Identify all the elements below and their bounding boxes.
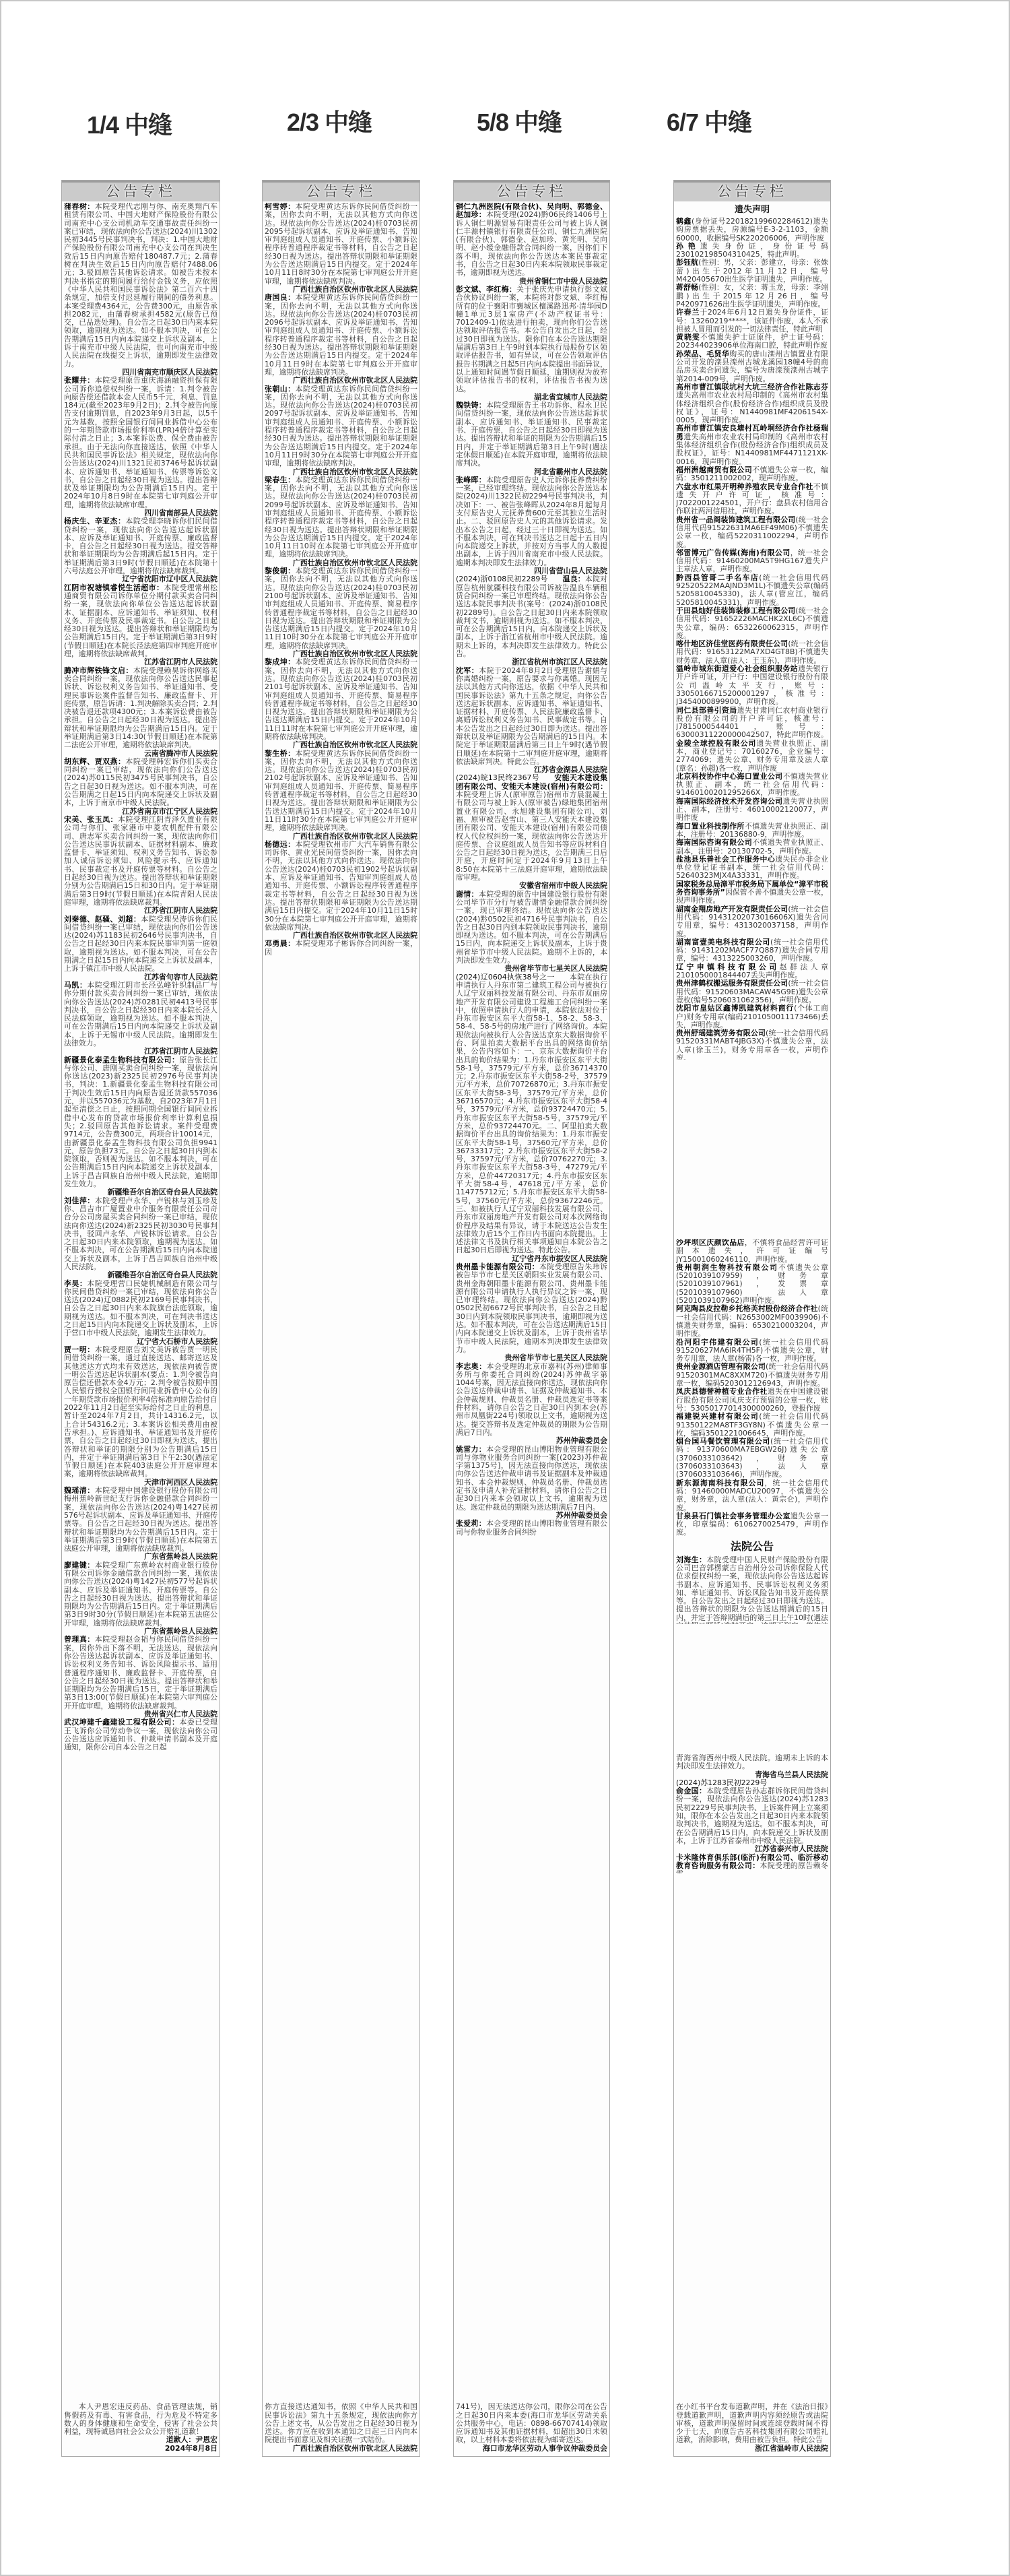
notice-text: 彭钰航(性别：男，父亲：彭建立，母亲：张姝蕾)出生于2012年11月12日，编号… [676, 259, 828, 284]
notice-text: 卡米隆体育俱乐部(临沂)有限公司、临沂移动教育咨询服务有限公司：本院受理的原告赖… [676, 1854, 828, 1873]
notice-body: 本院受理黄达东诉你民间借贷纠纷一案，因你去向不明，无法以其他方式向你送达。现依法… [265, 567, 417, 650]
lost-notice-item: 邻雷博元广告传媒(海南)有限公司，统一社会信用代码：91460200MA5T9H… [676, 549, 828, 574]
court-notice: 杨庆生、辛亚杰：本院受理李晓诉你们民间借贷纠纷一案，现依法向你公告送达起诉状副本… [64, 517, 217, 583]
notice-addressee: 江阴市祝塘镇睿悦生活超市： [64, 583, 164, 592]
notice-addressee: 张朝山： [265, 385, 296, 393]
court-notice: 青海省海西州中级人民法院。逾期未上诉的本判决即发生法律效力。青海省乌兰县人民法院 [676, 1754, 828, 1779]
notice-panel-5-8: 公告专栏 铜仁九洲医院(有限合伙)、吴向明、郭德金、赵加珍：本院受理(2024)… [453, 180, 610, 2457]
notice-text: 廖建键：本院受理广东蕉岭农村商业银行股份有限公司诉你金融借款合同纠纷一案，现依法… [64, 1561, 217, 1628]
court-notice: 柯雪婷：本院受理黄达东诉你民间借贷纠纷一案，因你去向不明，无法以其他方式向你送达… [265, 203, 417, 294]
notice-text: 曾理真：本院受理赵金韬与你民间借贷纠纷一案，因你外出下落不明，无法送达，现依法向… [64, 1636, 217, 1710]
court-notice: 黎俊朝：本院受理黄达东诉你民间借贷纠纷一案，因你去向不明，无法以其他方式向你送达… [265, 567, 417, 658]
lost-notice-item: 阿克陶县皮拉勒乡托格芙村股份经济合作社(统一社会信用代码：N2653002MF0… [676, 1305, 828, 1338]
lost-notice-item: 沙坪坝区庆颜饮品店，不慎将食品经营许可证副本遗失，许可证编号JY15001060… [676, 1239, 828, 1264]
notice-addressee: 盐池县乐善社会工作服务中心 [676, 855, 775, 864]
notice-addressee: 杨庆生、辛亚杰： [64, 517, 125, 525]
notice-body: 本院受理黄达东诉你民间借贷纠纷一案，因你去向不明，无法以其他方式向你送达。现依法… [265, 203, 417, 286]
court-notice: 姚雷力：本会受理的昆山博阳物业管理有限公司与你物业服务合同纠纷一案[(2023)… [456, 1446, 607, 1520]
notice-text: 江阴市祝塘镇睿悦生活超市：本院受理常州松通商贸有限公司诉你单位分期付款买卖合同纠… [64, 584, 217, 659]
notice-text: 福建锐兴建材有限公司(统一社会信用代码91350122MA8TF3GY8N)不慎… [676, 1413, 828, 1438]
notice-body: 本院受理上诉人(原审原告)宿州市方晨混凝土有限公司与被上诉人(原审被告)绿地集团… [456, 790, 607, 882]
notice-addressee: 孙艳 [676, 242, 700, 251]
court-notice: 邓勇晨：本院受理邓子彬诉你合同纠纷一案，因 [265, 940, 417, 957]
lost-notice-list: 遗失声明鹤鑫(身份证号220182199602284612)遗失购房票据丢失，房… [676, 203, 828, 1060]
panel-header: 公告专栏 [454, 181, 609, 201]
lost-notice-item: 高州市曹江镇安良塘村瓦岭垌经济合作社杨瑞勇遗失高州市农业农村局印制的《高州市农村… [676, 424, 828, 465]
notice-text: 李昊：本院受理营口民婕机械制造有限公司与你民间借贷纠纷一案已审结，现依法向你公告… [64, 1280, 217, 1338]
notice-addressee: 福建锐兴建材有限公司 [676, 1412, 759, 1421]
notice-panel-6-7: 公告专栏 遗失声明鹤鑫(身份证号220182199602284612)遗失购房票… [673, 180, 831, 2457]
notice-text: 福州洲越商贸有限公司不慎遗失公章一枚，编码：3501211002002，现声明作… [676, 466, 828, 483]
lost-notice-item: 海口置业科技制作所不慎遗失营业执照正、副本，注册号：20136880-9，声明作… [676, 823, 828, 839]
notice-text: 在小红书平台发布道歉声明，并在《法治日报》登载道歉声明，道歉声明内容须经原告或法… [676, 2403, 828, 2444]
notice-addressee: 辽宁申镇科技有限公司 [676, 963, 780, 971]
notice-addressee: 湖南富壹美电科技有限公司 [676, 938, 770, 946]
notice-list-end: 你方直接送达通知书，依照《中华人民共和国民事诉讼法》第九十五条规定，现依法向你方… [265, 2392, 417, 2453]
notice-body: 本院对原告杭州航疆科技有限公司诉被告温良车辆租赁合同纠纷一案已审理终结。现依法向… [456, 575, 607, 658]
court-notice: 魏铁铸：本院受理原告王书功诉你、程永卫民间借贷纠纷一案，现依法向你公告送达起诉状… [456, 401, 607, 476]
notice-text: 贵州金源酒店管理有限公司(统一社会信用代码91520301MAC8XXM720)… [676, 1363, 828, 1388]
notice-text: 蒲春树：本院受理代志刚与你、南充奥翔汽车租赁有限公司、中国大地财产保险股份有限公… [64, 203, 217, 368]
lost-notice-item: 盐池县乐善社会工作服务中心遗失民办非企业单位登记证书副本，统一社会信用代码：52… [676, 856, 828, 880]
lost-notice-item: 北京科技协作中心海口置业公司不慎遗失营业执照正、副本，统一社会信用代码：9146… [676, 773, 828, 798]
section-heading: 遗失声明 [676, 203, 828, 217]
court-notice: 你方直接送达通知书，依照《中华人民共和国民事诉讼法》第九十五条规定，现依法向你方… [265, 2403, 417, 2453]
notice-text: 李志奥：本会受理的北京市嘉科(苏州)律师事务所与你委托合同纠纷(2024)苏仲裁… [456, 1363, 607, 1438]
panel-header: 公告专栏 [62, 181, 220, 201]
lost-notice-item: 甘泉县石门镇社会事务管理办公室遗失公章一枚，印章编码：6106270025479… [676, 1512, 828, 1537]
notice-text: 青海省海西州中级人民法院。逾期未上诉的本判决即发生法律效力。 [676, 1754, 828, 1771]
court-notice: 铜仁九洲医院(有限合伙)、吴向明、郭德金、赵加珍：本院受理(2024)黔06民终… [456, 203, 607, 286]
court-notice: 黎成坤：本院受理黄达东诉你民间借贷纠纷一案，因你去向不明，无法以其他方式向你送达… [265, 658, 417, 749]
notice-panel-1-4: 公告专栏 蒲春树：本院受理代志刚与你、南充奥翔汽车租赁有限公司、中国大地财产保险… [61, 180, 220, 2457]
notice-addressee: 金陵全球控股有限公司 [676, 739, 757, 748]
notice-text: 张朝山：本院受理黄达东诉你民间借贷纠纷一案，因你去向不明，无法以其他方式向你送达… [265, 385, 417, 468]
notice-addressee: 张爱莉： [456, 1519, 486, 1528]
case-number: (2024)浙0108民初2289号 [456, 575, 548, 583]
notice-addressee: 六盘水市红果开明种养殖农民专业合作社 [676, 482, 813, 491]
notice-addressee: 谢情： [456, 890, 479, 899]
court-notice: 江阴市祝塘镇睿悦生活超市：本院受理常州松通商贸有限公司诉你单位分期付款买卖合同纠… [64, 584, 217, 667]
court-notice: 曾理真：本院受理赵金韬与你民间借贷纠纷一案，因你外出下落不明，无法送达，现依法向… [64, 1636, 217, 1718]
notice-text: 海口置业科技制作所不慎遗失营业执照正、副本，注册号：20136880-9，声明作… [676, 823, 828, 839]
notice-addressee: 阿克陶县皮拉勒乡托格芙村股份经济合作社 [676, 1304, 818, 1313]
case-number: (2024)皖13民终2367号 [456, 773, 539, 782]
notice-addressee: 新疆景化泰孟生物科技有限公司： [64, 1056, 179, 1064]
court-notice: 彭文斌、李红梅：关于张庆先申请执行彭文斌合伙协议纠纷一案，本院将对彭文斌、李红梅… [456, 286, 607, 401]
notice-addressee: 孙荣品、毛贤华 [676, 350, 729, 358]
notice-addressee: 杨德远： [265, 840, 296, 849]
notice-addressee: 高州市曹江镇联坑村大坑三经济合作社陈志芬 [676, 383, 828, 391]
notice-addressee: 黎成坤： [265, 657, 296, 666]
court-notice: 蒲春树：本院受理代志刚与你、南充奥翔汽车租赁有限公司、中国大地财产保险股份有限公… [64, 203, 217, 377]
notice-body: 本院受理常州松通商贸有限公司诉你单位分期付款买卖合同纠纷一案，现依法向你单位公告… [64, 583, 217, 658]
lost-notice-item: 福州洲越商贸有限公司不慎遗失公章一枚，编码：3501211002002，现声明作… [676, 466, 828, 483]
notice-body: 遗失高州市农业农村局印制的《高州市农村集体经济组织合作(股份经济合作)组织成员及… [676, 432, 828, 466]
notice-text: 许春兰于2024年6月12日遗失身份证件，证号：13260219*****，该证… [676, 309, 828, 333]
notice-text: 烟台国马餐饮管理有限公司(统一社会信用代码：91370600MA7EBGW26J… [676, 1438, 828, 1479]
court-notice: 腾冲市辉铁锋文启：本院受理赖昊诉你网络买卖合同纠纷一案，现依法向你公告送达民事起… [64, 667, 217, 758]
court-notice: 在小红书平台发布道歉声明，并在《法治日报》登载道歉声明，道歉声明内容须经原告或法… [676, 2403, 828, 2453]
notice-body: 本院受理黄达东诉你民间借贷纠纷一案，因你去向不明，无法以其他方式向你送达。现依法… [265, 749, 417, 833]
notice-text: 贾一明：本院受理原告刘文美诉被告贾一明民间借贷纠纷一案，通过直接送达、邮寄送达及… [64, 1346, 217, 1479]
notice-text: 宋美、张玉凤：本院受理江阴青泽久置业有限公司与你们、张家港市中菱农机配件有限公司… [64, 816, 217, 907]
notice-text: 黎生桥：本院受理黄达东诉你民间借贷纠纷一案，因你去向不明，无法以其他方式向你送达… [265, 750, 417, 833]
notice-text: 金陵全球控股有限公司遗失营业执照正、副本，商业登记号：70160276，企业编号… [676, 740, 828, 773]
notice-text: 黄晓雯不慎遗失护士证原件，护士证号码：202344023906单位海南口腔，特此… [676, 333, 828, 350]
panel-title: 公告专栏 [306, 183, 376, 199]
notice-addressee: 许春兰 [676, 308, 700, 317]
notice-addressee: 沿河阳宇伟建有限公司 [676, 1338, 759, 1347]
court-notice: 张爱莉：本会受理的昆山博阳物业管理有限公司与你物业服务合同纠纷 [456, 1520, 607, 1537]
seam-label-6-7: 6/7 中缝 [667, 109, 751, 136]
lost-notice-item: 凤庆县德誉种植专业合作社遗失在中国建设银行股份有限公司凤庆支行预留的公章一枚，账… [676, 1388, 828, 1413]
court-notice: 张朝山：本院受理黄达东诉你民间借贷纠纷一案，因你去向不明，无法以其他方式向你送达… [265, 385, 417, 476]
court-notice: 李昊：本院受理营口民婕机械制造有限公司与你民间借贷纠纷一案已审结，现依法向你公告… [64, 1280, 217, 1346]
lost-notice-item: 高州市曹江镇联坑村大坑三经济合作社陈志芬遗失高州市农业农村局印制的《高州市农村集… [676, 383, 828, 424]
notice-text: 湖南富壹美电科技有限公司(统一社会信用代码：91431202MACF77Q887… [676, 938, 828, 963]
lost-notice-item: 海南国际咨询有限公司不慎遗失营业执照正、副本，注册号：20130702-5，声明… [676, 839, 828, 856]
court-notice: 廖建键：本院受理广东蕉岭农村商业银行股份有限公司诉你金融借款合同纠纷一案，现依法… [64, 1561, 217, 1636]
notice-text: 铜仁九洲医院(有限合伙)、吴向明、郭德金、赵加珍：本院受理(2024)黔06民终… [456, 203, 607, 278]
apology-statement: 本人尹恩宏违反药品、食品管理法规，销售假药及有毒、有害食品，行为危及不特定多数人… [64, 2403, 217, 2453]
court-notice: 741号)，因无法送达你公司，限你公司在公告之日起30日内来本委(海口市龙华区劳… [456, 2403, 607, 2453]
notice-body: 本院受理钦州市广大汽车销售有限公司诉你、黄业光民间借贷纠纷一案，因你去向不明，无… [265, 840, 417, 932]
notice-addressee: 李志奥： [456, 1362, 486, 1371]
lost-notice-item: 贵州金源酒店管理有限公司(统一社会信用代码91520301MAC8XXM720)… [676, 1363, 828, 1388]
notice-addressee: 彭钰航 [676, 258, 698, 267]
notice-text: 贵州舒瑶建筑劳务有限公司(统一社会信用代码91520331MABT4JBG3X)… [676, 1029, 828, 1060]
notice-addressee: 廖建键： [64, 1561, 95, 1570]
notice-addressee: 黔西县管哥二手名车店 [676, 573, 759, 582]
issuing-authority: 海口市龙华区劳动人事争议仲裁委员会 [456, 2445, 607, 2453]
panel-title: 公告专栏 [717, 183, 787, 199]
notice-text: 黎俊朝：本院受理黄达东诉你民间借贷纠纷一案，因你去向不明，无法以其他方式向你送达… [265, 567, 417, 650]
notice-body: 本院于2024年8月2日受理原告谢娟与你离婚纠纷一案，原告要求与你离婚。现因无法… [456, 666, 607, 766]
notice-text: 蒋舒畅(性别：女，父亲：蒋玉龙，母亲：李翊鹏)出生于2015年12月26日，编号… [676, 284, 828, 309]
notice-text: 凤庆县德誉种植专业合作社遗失在中国建设银行股份有限公司凤庆支行预留的公章一枚，账… [676, 1388, 828, 1413]
notice-body: 本院受理江阴青泽久置业有限公司与你们、张家港市中菱农机配件有限公司、唐志军买卖合… [64, 815, 217, 907]
notice-body: 本院受理韩宏诉你们买卖合同纠纷一案已审结，现依法向你们公告送达(2024)苏01… [64, 757, 217, 807]
court-notice: 杨德远：本院受理钦州市广大汽车销售有限公司诉你、黄业光民间借贷纠纷一案，因你去向… [265, 841, 417, 940]
notice-text: 杨庆生、辛亚杰：本院受理李晓诉你们民间借贷纠纷一案，现依法向你公告送达起诉状副本… [64, 517, 217, 575]
court-notice: 胡东辉、贾双燕：本院受理韩宏诉你们买卖合同纠纷一案已审结，现依法向你们公告送达(… [64, 758, 217, 816]
issuing-authority: 浙江省温岭市人民法院 [676, 2445, 828, 2453]
lost-notice-item: 烟台国马餐饮管理有限公司(统一社会信用代码：91370600MA7EBGW26J… [676, 1438, 828, 1479]
notice-list-end: 741号)，因无法送达你公司，限你公司在公告之日起30日内来本委(海口市龙华区劳… [456, 2392, 607, 2453]
section-heading: 法院公告 [676, 1538, 828, 1555]
notice-addressee: 腾冲市辉铁锋文启： [64, 666, 133, 675]
notice-addressee: 海南国际经济技术开发咨询公司 [676, 797, 782, 806]
notice-body: 本院受理代志刚与你、南充奥翔汽车租赁有限公司、中国大地财产保险股份有限公司南充中… [64, 203, 217, 368]
notice-text: 魏瑶清：本院受理中国建设银行股份有限公司梅州蕉岭新世纪支行诉你金融借款合同纠纷一… [64, 1487, 217, 1553]
notice-text: 贵州津鹤权搬运服务有限责任公司(统一社会信用代码：91520603MACAW45… [676, 979, 828, 1004]
lost-notice-item: 六盘水市红果开明种养殖农民专业合作社不慎遗失开户许可证，核准号：J7022001… [676, 483, 828, 516]
notice-body: 本院受理卢永华、卢锐林与刘玉珍及你、昌吉市广厦置业中介服务有限责任公司奇台分公司… [64, 1196, 217, 1271]
notice-text: 邻雷博元广告传媒(海南)有限公司，统一社会信用代码：91460200MA5T9H… [676, 549, 828, 574]
notice-addressee: 刘秦德、赵骚、刘超： [64, 915, 141, 924]
notice-body: (性别：女，父亲：蒋玉龙，母亲：李翊鹏)出生于2015年12月26日，编号P42… [676, 283, 828, 309]
notice-text: 邓勇晨：本院受理邓子彬诉你合同纠纷一案，因 [265, 940, 417, 957]
notice-text: 唐国良：本院受理黄达东诉你民间借贷纠纷一案，因你去向不明，无法以其他方式向你送达… [265, 294, 417, 377]
notice-panel-2-3: 公告专栏 柯雪婷：本院受理黄达东诉你民间借贷纠纷一案，因你去向不明，无法以其他方… [262, 180, 420, 2457]
notice-addressee: 北京科技协作中心海口置业公司 [676, 772, 782, 781]
notice-text: 你方直接送达通知书，依照《中华人民共和国民事诉讼法》第九十五条规定，现依法向你方… [265, 2403, 417, 2444]
notice-addressee: 刘佳萍： [64, 1196, 95, 1205]
notice-text: 孙荣品、毛贤华购买的唐山滦州古镇置业有限公司开发的滦县滦州古城龙溪园18幢4号的… [676, 350, 828, 383]
lost-notice-item: 同仁县部善引资局遗失甘肃同仁农村商业银行股份有限公司的开户许可证，核准号：J78… [676, 707, 828, 740]
notice-addressee: 蒋舒畅 [676, 283, 698, 292]
notice-addressee: 贵州金源酒店管理有限公司 [676, 1362, 766, 1371]
notice-text: 胡东辉、贾双燕：本院受理韩宏诉你们买卖合同纠纷一案已审结，现依法向你们公告送达(… [64, 758, 217, 808]
notice-addressee: 邓勇晨： [265, 939, 296, 948]
notice-addressee: 同仁县部善引资局 [676, 706, 737, 715]
court-notice: 张耀井：本院受理原告重庆海涵融资担保有限公司诉你追偿权纠纷一案，诉请：1.判令被… [64, 377, 217, 517]
court-notice: 新疆景化泰孟生物科技有限公司：原告张长江与你公司、唐刚买卖合同纠纷一案，现依法向… [64, 1056, 217, 1197]
notice-addressee: 湖南金翔房地产开发有限责任公司 [676, 905, 788, 913]
lost-and-court-notice-list: 沙坪坝区庆颜饮品店，不慎将食品经营许可证副本遗失，许可证编号JY15001060… [676, 1239, 828, 1624]
notice-text: 张爱莉：本会受理的昆山博阳物业管理有限公司与你物业服务合同纠纷 [456, 1520, 607, 1537]
notice-text: 六盘水市红果开明种养殖农民专业合作社不慎遗失开户许可证，核准号：J7022001… [676, 483, 828, 516]
notice-addressee: 海口置业科技制作所 [676, 822, 745, 831]
notice-addressee: 于田县灿好佳装饰装修工程有限公司 [676, 606, 795, 615]
notice-text: 贵州朝润生物科技有限公司不慎遗失公章(5201039107959)，财务章(52… [676, 1264, 828, 1305]
notice-body: 青海省海西州中级人民法院。逾期未上诉的本判决即发生法律效力。 [676, 1754, 828, 1770]
court-notice: (2024)辽0604执恢38号之一本院在执行申请执行人丹东市第二建筑工程公司与… [456, 973, 607, 1263]
notice-body: 本会受理的北京市嘉科(苏州)律师事务所与你委托合同纠纷(2024)苏仲裁字第10… [456, 1362, 607, 1437]
notice-text: 辽宁申镇科技有限公司赵群法人章2101050001844407丢失声明作废。 [676, 963, 828, 980]
lost-notice-item: 温岭市城东街道爱心社会组织服务站遗失银行开户许可证，开户行：中国建设银行股份有限… [676, 665, 828, 706]
notice-text: 沈阳市皇姑区鑫博凯建筑材料商行(个体工商户)财务专用章(编码2101050011… [676, 1004, 828, 1029]
notice-addressee: 刘海生： [676, 1555, 706, 1564]
lost-notice-item: 贵州舒瑶建筑劳务有限公司(统一社会信用代码91520331MABT4JBG3X)… [676, 1029, 828, 1060]
court-notice: 张峰晖：本院受理原告史人元诉你抚养费纠纷一案，已经审理终结。现依法向你公告送达本… [456, 476, 607, 576]
notice-addressee: 张耀井： [64, 376, 95, 385]
notice-text: 张耀井：本院受理原告重庆海涵融资担保有限公司诉你追偿权纠纷一案，诉请：1.判令被… [64, 377, 217, 509]
notice-addressee: 福州洲越商贸有限公司 [676, 465, 752, 474]
notice-body: 你方直接送达通知书，依照《中华人民共和国民事诉讼法》第九十五条规定，现依法向你方… [265, 2402, 417, 2444]
notice-addressee: 邻雷博元广告传媒(海南)有限公司 [676, 548, 790, 557]
lost-notice-item: 湖南富壹美电科技有限公司(统一社会信用代码：91431202MACF77Q887… [676, 938, 828, 963]
notice-text: 高州市曹江镇联坑村大坑三经济合作社陈志芬遗失高州市农业农村局印制的《高州市农村集… [676, 383, 828, 424]
notice-body: 本院受理原告重庆海涵融资担保有限公司诉你追偿权纠纷一案，诉请：1.判令被告向原告… [64, 376, 217, 509]
notice-text: 马凯：本院受理江阴市长泾弘峰针织制品厂与你分期付款买卖合同纠纷一案已审结，现依法… [64, 981, 217, 1048]
apology-signoff: 道歉人：尹恩宏 [64, 2436, 217, 2444]
panel-title: 公告专栏 [497, 183, 567, 199]
notice-text: 沈军：本院于2024年8月2日受理原告谢娟与你离婚纠纷一案，原告要求与你离婚。现… [456, 667, 607, 767]
notice-addressee: 温良： [562, 575, 584, 583]
notice-body: (性别：男，父亲：彭建立，母亲：张姝蕾)出生于2012年11月12日，编号M42… [676, 258, 828, 284]
notice-body: 本院受理原告史人元诉你抚养费纠纷一案，已经审理终结。现依法向你公告送达本院(20… [456, 476, 607, 567]
court-notice-list: 青海省海西州中级人民法院。逾期未上诉的本判决即发生法律效力。青海省乌兰县人民法院… [676, 1754, 828, 1873]
court-notice: 卡米隆体育俱乐部(临沂)有限公司、临沂移动教育咨询服务有限公司：本院受理的原告赖… [676, 1854, 828, 1873]
lost-notice-item: 沿河阳宇伟建有限公司(统一社会信用代码91520627MA6IR4TH5F)不慎… [676, 1339, 828, 1363]
notice-addressee: 梁春生： [265, 476, 296, 484]
notice-body: 本院在执行申请执行人丹东市第二建筑工程公司与被执行人辽宁双丽科技发展有限公司、丹… [456, 973, 607, 1255]
lost-notice-item: 沈阳市皇姑区鑫博凯建筑材料商行(个体工商户)财务专用章(编码2101050011… [676, 1004, 828, 1029]
issuing-authority: 广西壮族自治区钦州市钦北区人民法院 [265, 2445, 417, 2453]
notice-text: 新东源海南科技有限公司，统一社会信用代码：91460000MADCU20097，… [676, 1479, 828, 1512]
notice-addressee: 沈阳市皇姑区鑫博凯建筑材料商行 [676, 1004, 794, 1012]
court-notice: 沈军：本院于2024年8月2日受理原告谢娟与你离婚纠纷一案，原告要求与你离婚。现… [456, 667, 607, 775]
notice-text: 刘海生：本院受理中国人民财产保险股份有限公司巴音郭楞蒙古自治州分公司诉你保险人代… [676, 1556, 828, 1624]
notice-addressee: 马凯： [64, 981, 87, 990]
notice-text: 同仁县部善引资局遗失甘肃同仁农村商业银行股份有限公司的开户许可证，核准号：J78… [676, 707, 828, 740]
court-notice: 贵州墨卡能源有限公司：本院受理原告朱玮诉被告毕节市七星关区朝阳实业发展有限公司、… [456, 1263, 607, 1363]
notice-text: 湖南金翔房地产开发有限责任公司(统一社会信用代码：914312020730166… [676, 905, 828, 938]
notice-addressee: 海南国际咨询有限公司 [676, 838, 752, 847]
notice-text: 梁春生：本院受理黄达东诉你民间借贷纠纷一案，因你去向不明，无法以其他方式向你送达… [265, 476, 417, 559]
notice-text: 腾冲市辉铁锋文启：本院受理赖昊诉你网络买卖合同纠纷一案，现依法向你公告送达民事起… [64, 667, 217, 750]
notice-text: 海南国际经济技术开发咨询公司遗失营业执照正、副本，注册号：46010002120… [676, 798, 828, 823]
notice-text: 柯雪婷：本院受理黄达东诉你民间借贷纠纷一案，因你去向不明，无法以其他方式向你送达… [265, 203, 417, 286]
court-notice: 刘秦德、赵骚、刘超：本院受理吴涛诉你们民间借贷纠纷一案已审结，现依法向你们公告送… [64, 915, 217, 981]
notice-text: 刘秦德、赵骚、刘超：本院受理吴涛诉你们民间借贷纠纷一案已审结，现依法向你们公告送… [64, 915, 217, 973]
lost-notice-item: 许春兰于2024年6月12日遗失身份证件，证号：13260219*****，该证… [676, 309, 828, 333]
notice-addressee: 黎生桥： [265, 749, 296, 758]
lost-notice-item: 蒋舒畅(性别：女，父亲：蒋玉龙，母亲：李翊鹏)出生于2015年12月26日，编号… [676, 284, 828, 309]
lost-notice-item: 海南国际经济技术开发咨询公司遗失营业执照正、副本，注册号：46010002120… [676, 798, 828, 823]
notice-body: 本院受理原告刘文美诉被告贾一明民间借贷纠纷一案，通过直接送达、邮寄送达及其他送达… [64, 1345, 217, 1478]
lost-notice-item: 湖南金翔房地产开发有限责任公司(统一社会信用代码：914312020730166… [676, 905, 828, 938]
notice-addressee: 甘泉县石门镇社会事务管理办公室 [676, 1512, 790, 1520]
notice-text: 张峰晖：本院受理原告史人元诉你抚养费纠纷一案，已经审理终结。现依法向你公告送达本… [456, 476, 607, 567]
notice-body: 本院受理的原告中国建设银行股份有限公司毕节市分行与被告谢情金融借款合同纠纷一案，… [456, 890, 607, 965]
notice-body: 本院受理广东蕉岭农村商业银行股份有限公司诉你金融借款合同纠纷一案，现依法向你公告… [64, 1561, 217, 1628]
notice-text: 新疆景化泰孟生物科技有限公司：原告张长江与你公司、唐刚买卖合同纠纷一案，现依法向… [64, 1056, 217, 1189]
notice-text: 武汉坤建千鑫建设工程有限公司：本委已受理王飞诉你公司劳动争议一案，现依法向你公司… [64, 1718, 217, 1751]
notice-addressee: 张峰晖： [456, 476, 486, 484]
notice-text: 沙坪坝区庆颜饮品店，不慎将食品经营许可证副本遗失，许可证编号JY15001060… [676, 1239, 828, 1264]
seam-label-1-4: 1/4 中缝 [87, 112, 172, 139]
notice-text: 谢情：本院受理的原告中国建设银行股份有限公司毕节市分行与被告谢情金融借款合同纠纷… [456, 891, 607, 965]
notice-text: 黎成坤：本院受理黄达东诉你民间借贷纠纷一案，因你去向不明，无法以其他方式向你送达… [265, 658, 417, 741]
notice-addressee: 贵州省一品阁装饰建筑工程有限公司 [676, 515, 795, 524]
notice-text: 贵州墨卡能源有限公司：本院受理原告朱玮诉被告毕节市七星关区朝阳实业发展有限公司、… [456, 1263, 607, 1354]
seam-label-2-3: 2/3 中缝 [287, 109, 372, 136]
lost-notice-item: 金陵全球控股有限公司遗失营业执照正、副本，商业登记号：70160276，企业编号… [676, 740, 828, 773]
notice-text: (2024)皖13民终2367号安能天本建设集团有限公司、安能天本建设(宿州)有… [456, 774, 607, 882]
panel-header: 公告专栏 [674, 181, 830, 201]
notice-body: 本院受理黄达东诉你民间借贷纠纷一案，因你去向不明，无法以其他方式向你送达。现依法… [265, 657, 417, 741]
notice-addressee: 新东源海南科技有限公司 [676, 1479, 764, 1487]
notice-text: 孙艳遗失身份证，身份证号码230102198504310425，特此声明。 [676, 243, 828, 259]
case-number: (2024)辽0604执恢38号之一 [456, 973, 555, 981]
court-notice: (2024)浙0108民初2289号温良：本院对原告杭州航疆科技有限公司诉被告温… [456, 575, 607, 666]
court-notice: 武汉坤建千鑫建设工程有限公司：本委已受理王飞诉你公司劳动争议一案，现依法向你公司… [64, 1718, 217, 1751]
notice-body: 本院受理原告孙志群诉你民间借贷纠纷一案，现依法向你公告送达(2024)苏1283… [676, 1786, 828, 1845]
notice-text: 刘佳萍：本院受理卢永华、卢锐林与刘玉珍及你、昌吉市广厦置业中介服务有限责任公司奇… [64, 1197, 217, 1272]
notice-addressee: 胡东辉、贾双燕： [64, 757, 125, 766]
lost-notice-item: 孙艳遗失身份证，身份证号码230102198504310425，特此声明。 [676, 243, 828, 259]
notice-list-end: 本人尹恩宏违反药品、食品管理法规，销售假药及有毒、有害食品，行为危及不特定多数人… [64, 2392, 217, 2453]
notice-text: 温岭市城东街道爱心社会组织服务站遗失银行开户许可证，开户行：中国建设银行股份有限… [676, 665, 828, 706]
notice-text: 魏铁铸：本院受理原告王书功诉你、程永卫民间借贷纠纷一案，现依法向你公告送达起诉状… [456, 401, 607, 468]
notice-body: 本院受理中国人民财产保险股份有限公司巴音郭楞蒙古自治州分公司诉你保险人代位求偿权… [676, 1555, 828, 1624]
notice-text: 阿克陶县皮拉勒乡托格芙村股份经济合作社(统一社会信用代码：N2653002MF0… [676, 1305, 828, 1338]
notice-text: 贵州省一品阁装饰建筑工程有限公司(统一社会信用代码91522631MA6EF49… [676, 516, 828, 549]
notice-body: 本院受理赖昊诉你网络买卖合同纠纷一案，现依法向你公告送达民事起诉状、诉讼权利义务… [64, 666, 217, 750]
apology-signoff: 2024年8月8日 [64, 2445, 217, 2453]
court-notice: 刘海生：本院受理中国人民财产保险股份有限公司巴音郭楞蒙古自治州分公司诉你保险人代… [676, 1556, 828, 1624]
notice-list-end: 在小红书平台发布道歉声明，并在《法治日报》登载道歉声明，道歉声明内容须经原告或法… [676, 2392, 828, 2453]
notice-text: 国家税务总局漳平市税务局下属单位“漳平市税务咨询事务所”因保管不善不慎遗失公章一… [676, 880, 828, 905]
lost-notice-item: 孙荣品、毛贤华购买的唐山滦州古镇置业有限公司开发的滦县滦州古城龙溪园18幢4号的… [676, 350, 828, 383]
notice-text: 盐池县乐善社会工作服务中心遗失民办非企业单位登记证书副本，统一社会信用代码：52… [676, 856, 828, 880]
lost-notice-item: 国家税务总局漳平市税务局下属单位“漳平市税务咨询事务所”因保管不善不慎遗失公章一… [676, 880, 828, 905]
notice-body: 原告张长江与你公司、唐刚买卖合同纠纷一案，现依法向你送达(2023)新2325民… [64, 1056, 217, 1188]
notice-addressee: 沈军： [456, 666, 479, 675]
lost-notice-item: 贵州朝润生物科技有限公司不慎遗失公章(5201039107959)，财务章(52… [676, 1264, 828, 1305]
notice-list: 铜仁九洲医院(有限合伙)、吴向明、郭德金、赵加珍：本院受理(2024)黔06民终… [456, 203, 607, 1654]
notice-text: 黔西县管哥二手名车店(统一社会信用代码92520522MAAJND3M1L)不慎… [676, 574, 828, 607]
lost-notice-item: 辽宁申镇科技有限公司赵群法人章2101050001844407丢失声明作废。 [676, 963, 828, 980]
notice-text: 喀什地区济佳堂医药有限责任公司(统一社会信用代码：91653122MA7XD4G… [676, 640, 828, 665]
notice-list: 蒲春树：本院受理代志刚与你、南充奥翔汽车租赁有限公司、中国大地财产保险股份有限公… [64, 203, 217, 1803]
lost-notice-item: 福建锐兴建材有限公司(统一社会信用代码91350122MA8TF3GY8N)不慎… [676, 1413, 828, 1438]
notice-body: 本院受理江阴市长泾弘峰针织制品厂与你分期付款买卖合同纠纷一案已审结，现依法向你公… [64, 981, 217, 1048]
lost-notice-item: 贵州津鹤权搬运服务有限责任公司(统一社会信用代码：91520603MACAW45… [676, 979, 828, 1004]
notice-body: 本院受理中国建设银行股份有限公司梅州蕉岭新世纪支行诉你金融借款合同纠纷一案，现依… [64, 1486, 217, 1553]
notice-body: 本院受理赵金韬与你民间借贷纠纷一案，因你外出下落不明，无法送达，现依法向你公告送… [64, 1635, 217, 1710]
notice-addressee: 凤庆县德誉种植专业合作社 [676, 1387, 768, 1396]
panel-header: 公告专栏 [263, 181, 419, 201]
notice-body: 本院受理李晓诉你们民间借贷纠纷一案，现依法向你公告送达起诉状副本、应诉及举证通知… [64, 517, 217, 575]
notice-text: 杨德远：本院受理钦州市广大汽车销售有限公司诉你、黄业光民间借贷纠纷一案，因你去向… [265, 841, 417, 932]
notice-addressee: 贵州津鹤权搬运服务有限责任公司 [676, 979, 788, 988]
court-notice: (2024)皖13民终2367号安能天本建设集团有限公司、安能天本建设(宿州)有… [456, 774, 607, 890]
notice-addressee: 曾理真： [64, 1635, 95, 1644]
notice-text: 北京科技协作中心海口置业公司不慎遗失营业执照正、副本，统一社会信用代码：9146… [676, 773, 828, 798]
notice-text: 海南国际咨询有限公司不慎遗失营业执照正、副本，注册号：20130702-5，声明… [676, 839, 828, 856]
court-notice: 贾一明：本院受理原告刘文美诉被告贾一明民间借贷纠纷一案，通过直接送达、邮寄送达及… [64, 1346, 217, 1487]
notice-text: 于田县灿好佳装饰装修工程有限公司(统一社会信用代码：91652226MACHK2… [676, 607, 828, 640]
court-notice: 刘佳萍：本院受理卢永华、卢锐林与刘玉珍及你、昌吉市广厦置业中介服务有限责任公司奇… [64, 1197, 217, 1280]
notice-body: 遗失高州市农业农村局印制的《高州市农村集体经济组织合作(股份经济合作)组织成员及… [676, 391, 828, 424]
notice-body: 本院受理原告朱玮诉被告毕节市七星关区朝阳实业发展有限公司、贵州金海朝阳墨卡能源有… [456, 1262, 607, 1354]
lost-notice-item: 于田县灿好佳装饰装修工程有限公司(统一社会信用代码：91652226MACHK2… [676, 607, 828, 640]
notice-text: 高州市曹江镇安良塘村瓦岭垌经济合作社杨瑞勇遗失高州市农业农村局印制的《高州市农村… [676, 424, 828, 465]
notice-text: 甘泉县石门镇社会事务管理办公室遗失公章一枚，印章编码：6106270025479… [676, 1512, 828, 1537]
lost-notice-item: 鹤鑫(身份证号220182199602284612)遗失购房票据丢失，房源编号E… [676, 218, 828, 243]
notice-body: 在小红书平台发布道歉声明，并在《法治日报》登载道歉声明，道歉声明内容须经原告或法… [676, 2402, 828, 2444]
notice-body: 本院受理(2024)黔06民终1406号上诉人铜仁明源贸易有限责任公司与被上诉人… [456, 210, 607, 277]
notice-text: 彭文斌、李红梅：关于张庆先申请执行彭文斌合伙协议纠纷一案，本院将对彭文斌、李红梅… [456, 286, 607, 393]
court-notice: 宋美、张玉凤：本院受理江阴青泽久置业有限公司与你们、张家港市中菱农机配件有限公司… [64, 816, 217, 915]
notice-body: (身份证号220182199602284612)遗失购房票据丢失，房源编号E-3… [676, 217, 828, 243]
notice-text: 姚雷力：本会受理的昆山博阳物业管理有限公司与你物业服务合同纠纷一案[(2023)… [456, 1446, 607, 1512]
notice-addressee: 李昊： [64, 1279, 87, 1288]
notice-list: 柯雪婷：本院受理黄达东诉你民间借贷纠纷一案，因你去向不明，无法以其他方式向你送达… [265, 203, 417, 984]
notice-body: 本院受理黄达东诉你民间借贷纠纷一案，因你去向不明，无法以其他方式向你送达。现依法… [265, 476, 417, 559]
lost-notice-item: 黔西县管哥二手名车店(统一社会信用代码92520522MAAJND3M1L)不慎… [676, 574, 828, 607]
lost-notice-item: 喀什地区济佳堂医药有限责任公司(统一社会信用代码：91653122MA7XD4G… [676, 640, 828, 665]
lost-notice-item: 彭钰航(性别：男，父亲：彭建立，母亲：张姝蕾)出生于2012年11月12日，编号… [676, 259, 828, 284]
court-notice: 谢情：本院受理的原告中国建设银行股份有限公司毕节市分行与被告谢情金融借款合同纠纷… [456, 891, 607, 973]
court-notice: 梁春生：本院受理黄达东诉你民间借贷纠纷一案，因你去向不明，无法以其他方式向你送达… [265, 476, 417, 567]
lost-notice-item: 新东源海南科技有限公司，统一社会信用代码：91460000MADCU20097，… [676, 1479, 828, 1512]
court-notice: (2024)苏1283民初2229号俞金国：本院受理原告孙志群诉你民间借贷纠纷一… [676, 1779, 828, 1854]
notice-body: 本院受理原告王书功诉你、程永卫民间借贷纠纷一案，现依法向你公告送达起诉状副本、应… [456, 401, 607, 468]
lost-notice-item: 贵州省一品阁装饰建筑工程有限公司(统一社会信用代码91522631MA6EF49… [676, 516, 828, 549]
notice-text: (2024)辽0604执恢38号之一本院在执行申请执行人丹东市第二建筑工程公司与… [456, 973, 607, 1255]
notice-addressee: 贵州朝润生物科技有限公司 [676, 1263, 778, 1272]
notice-body: 本院受理营口民婕机械制造有限公司与你民间借贷纠纷一案已审结，现依法向你公告送达(… [64, 1279, 217, 1338]
panel-title: 公告专栏 [106, 183, 176, 199]
notice-addressee: 武汉坤建千鑫建设工程有限公司： [64, 1718, 179, 1727]
notice-text: 鹤鑫(身份证号220182199602284612)遗失购房票据丢失，房源编号E… [676, 218, 828, 243]
apology-body: 本人尹恩宏违反药品、食品管理法规，销售假药及有毒、有害食品，行为危及不特定多数人… [64, 2403, 217, 2436]
